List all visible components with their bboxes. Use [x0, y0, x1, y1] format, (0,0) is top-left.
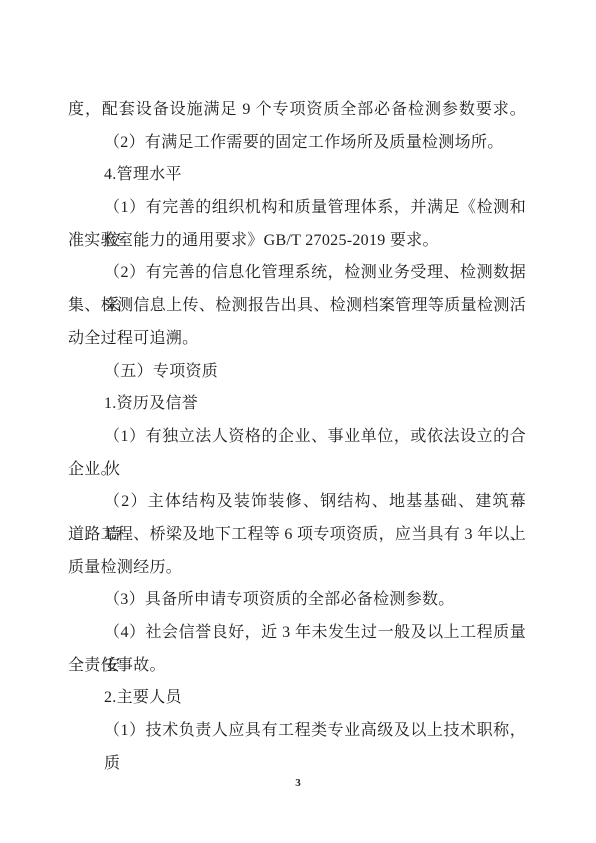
text-line: 道路工程、桥梁及地下工程等 6 项专项资质，应当具有 3 年以上 [68, 519, 526, 552]
text-line: 企业。 [68, 454, 526, 487]
text-line: 动全过程可追溯。 [68, 323, 526, 356]
text-line: 集、检测信息上传、检测报告出具、检测档案管理等质量检测活 [68, 290, 526, 323]
text-line: 全责任事故。 [68, 650, 526, 683]
document-page: 度，配套设备设施满足 9 个专项资质全部必备检测参数要求。（2）有满足工作需要的… [0, 0, 596, 843]
text-line: （3）具备所申请专项资质的全部必备检测参数。 [68, 584, 526, 617]
text-line: （1）有完善的组织机构和质量管理体系，并满足《检测和校 [68, 192, 526, 225]
text-line: （4）社会信誉良好，近 3 年未发生过一般及以上工程质量安 [68, 617, 526, 650]
text-line: （1）技术负责人应具有工程类专业高级及以上技术职称，质 [68, 715, 526, 748]
text-line: （2）主体结构及装饰装修、钢结构、地基基础、建筑幕墙、 [68, 486, 526, 519]
text-line: 准实验室能力的通用要求》GB/T 27025-2019 要求。 [68, 225, 526, 258]
text-line: （1）有独立法人资格的企业、事业单位，或依法设立的合伙 [68, 421, 526, 454]
text-line: 质量检测经历。 [68, 552, 526, 585]
text-line: 4.管理水平 [68, 159, 526, 192]
text-line: 度，配套设备设施满足 9 个专项资质全部必备检测参数要求。 [68, 94, 526, 127]
text-line: （五）专项资质 [68, 356, 526, 389]
page-number: 3 [0, 776, 596, 790]
text-line: （2）有完善的信息化管理系统，检测业务受理、检测数据采 [68, 257, 526, 290]
text-line: 1.资历及信誉 [68, 388, 526, 421]
text-line: 2.主要人员 [68, 682, 526, 715]
document-body: 度，配套设备设施满足 9 个专项资质全部必备检测参数要求。（2）有满足工作需要的… [68, 94, 526, 748]
text-line: （2）有满足工作需要的固定工作场所及质量检测场所。 [68, 127, 526, 160]
